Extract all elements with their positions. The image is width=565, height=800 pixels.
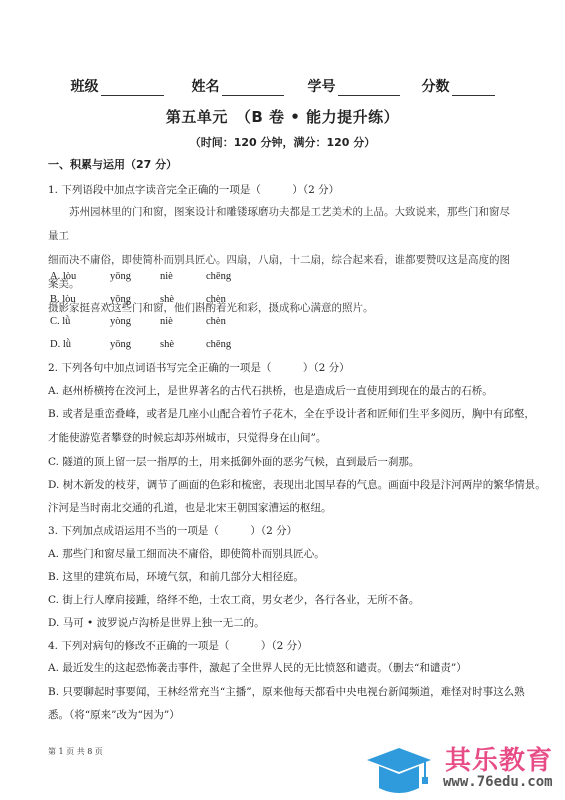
student-id-label: 学号 bbox=[308, 76, 336, 96]
q1-option-b: B. lòu yōng shè chèn bbox=[50, 294, 226, 305]
name-blank bbox=[222, 81, 284, 96]
question-4-stem: 4. 下列对病句的修改不正确的一项是（ ）（2 分） bbox=[48, 638, 308, 653]
q1-option-a: A. lòu yōng niè chēng bbox=[50, 271, 231, 282]
name-label: 姓名 bbox=[192, 76, 220, 96]
student-id-field: 学号 bbox=[308, 76, 400, 96]
question-2-stem: 2. 下列各句中加点词语书写完全正确的一项是（ ）（2 分） bbox=[48, 360, 350, 375]
q3-option-c: C. 街上行人摩肩接踵，络绎不绝，士农工商，男女老少，各行各业，无所不备。 bbox=[48, 592, 419, 607]
name-field: 姓名 bbox=[192, 76, 284, 96]
q2-option-b-cont: 才能使游览者攀登的时候忘却苏州城市，只觉得身在山间”。 bbox=[48, 430, 326, 445]
class-field: 班级 bbox=[71, 76, 164, 96]
watermark-logo: 其乐教育 www.76edu.com bbox=[365, 738, 565, 800]
q2-option-a: A. 赵州桥横挎在洨河上，是世界著名的古代石拱桥，也是造成后一直使用到现在的最古… bbox=[48, 383, 493, 398]
passage-line: 苏州园林里的门和窗，图案设计和雕镂琢磨功夫都是工艺美术的上品。大致说来，那些门和… bbox=[48, 200, 518, 248]
question-3-stem: 3. 下列加点成语运用不当的一项是（ ）（2 分） bbox=[48, 523, 297, 538]
page-title: 第五单元 （B 卷 • 能力提升练） bbox=[0, 106, 565, 127]
q4-option-b-cont: 悉。（将“原来”改为“因为”） bbox=[48, 707, 180, 722]
brand-url: www.76edu.com bbox=[443, 774, 553, 790]
class-blank bbox=[101, 81, 164, 96]
q1-option-d: D. lǜ yōng shè chēng bbox=[50, 339, 231, 350]
q4-option-a: A. 最近发生的这起恐怖袭击事件，激起了全世界人民的无比愤怒和谴责。（删去“和谴… bbox=[48, 660, 467, 675]
student-id-blank bbox=[338, 81, 400, 96]
page-number: 第 1 页 共 8 页 bbox=[48, 746, 103, 757]
score-blank bbox=[452, 81, 495, 96]
q2-option-d: D. 树木新发的枝芽，调节了画面的色彩和梳密，表现出北国早春的气息。画面中段是汴… bbox=[48, 477, 546, 492]
q2-option-c: C. 隧道的顶上留一层一指厚的土，用来抵御外面的恶劣气候，直到最后一刹那。 bbox=[48, 454, 419, 469]
graduation-cap-icon bbox=[365, 744, 435, 796]
header-fields: 班级 姓名 学号 分数 bbox=[0, 76, 565, 96]
q4-option-b: B. 只要聊起时事要闻，王林经常充当“主播”，原来他每天都看中央电视台新闻频道，… bbox=[48, 684, 525, 699]
q2-option-b: B. 或者是重峦叠峰，或者是几座小山配合着竹子花木，全在乎设计者和匠师们生平多阅… bbox=[48, 406, 535, 421]
section-heading: 一、积累与运用（27 分） bbox=[48, 156, 177, 172]
score-field: 分数 bbox=[422, 76, 495, 96]
exam-info: （时间：120 分钟，满分：120 分） bbox=[0, 134, 565, 150]
q3-option-d: D. 马可 • 波罗说卢沟桥是世界上独一无二的。 bbox=[48, 615, 265, 630]
q2-option-d-cont: 汴河是当时南北交通的孔道，也是北宋王朝国家漕运的枢纽。 bbox=[48, 500, 332, 515]
q3-option-a: A. 那些门和窗尽量工细而决不庸俗，即使简朴而别具匠心。 bbox=[48, 546, 325, 561]
score-label: 分数 bbox=[422, 76, 450, 96]
q1-option-c: C. lǜ yòng niè chèn bbox=[50, 316, 226, 327]
class-label: 班级 bbox=[71, 76, 99, 96]
question-1-stem: 1. 下列语段中加点字读音完全正确的一项是（ ）（2 分） bbox=[48, 182, 339, 197]
brand-name: 其乐教育 bbox=[445, 740, 553, 777]
q3-option-b: B. 这里的建筑布局，环境气氛，和前几部分大相径庭。 bbox=[48, 569, 304, 584]
